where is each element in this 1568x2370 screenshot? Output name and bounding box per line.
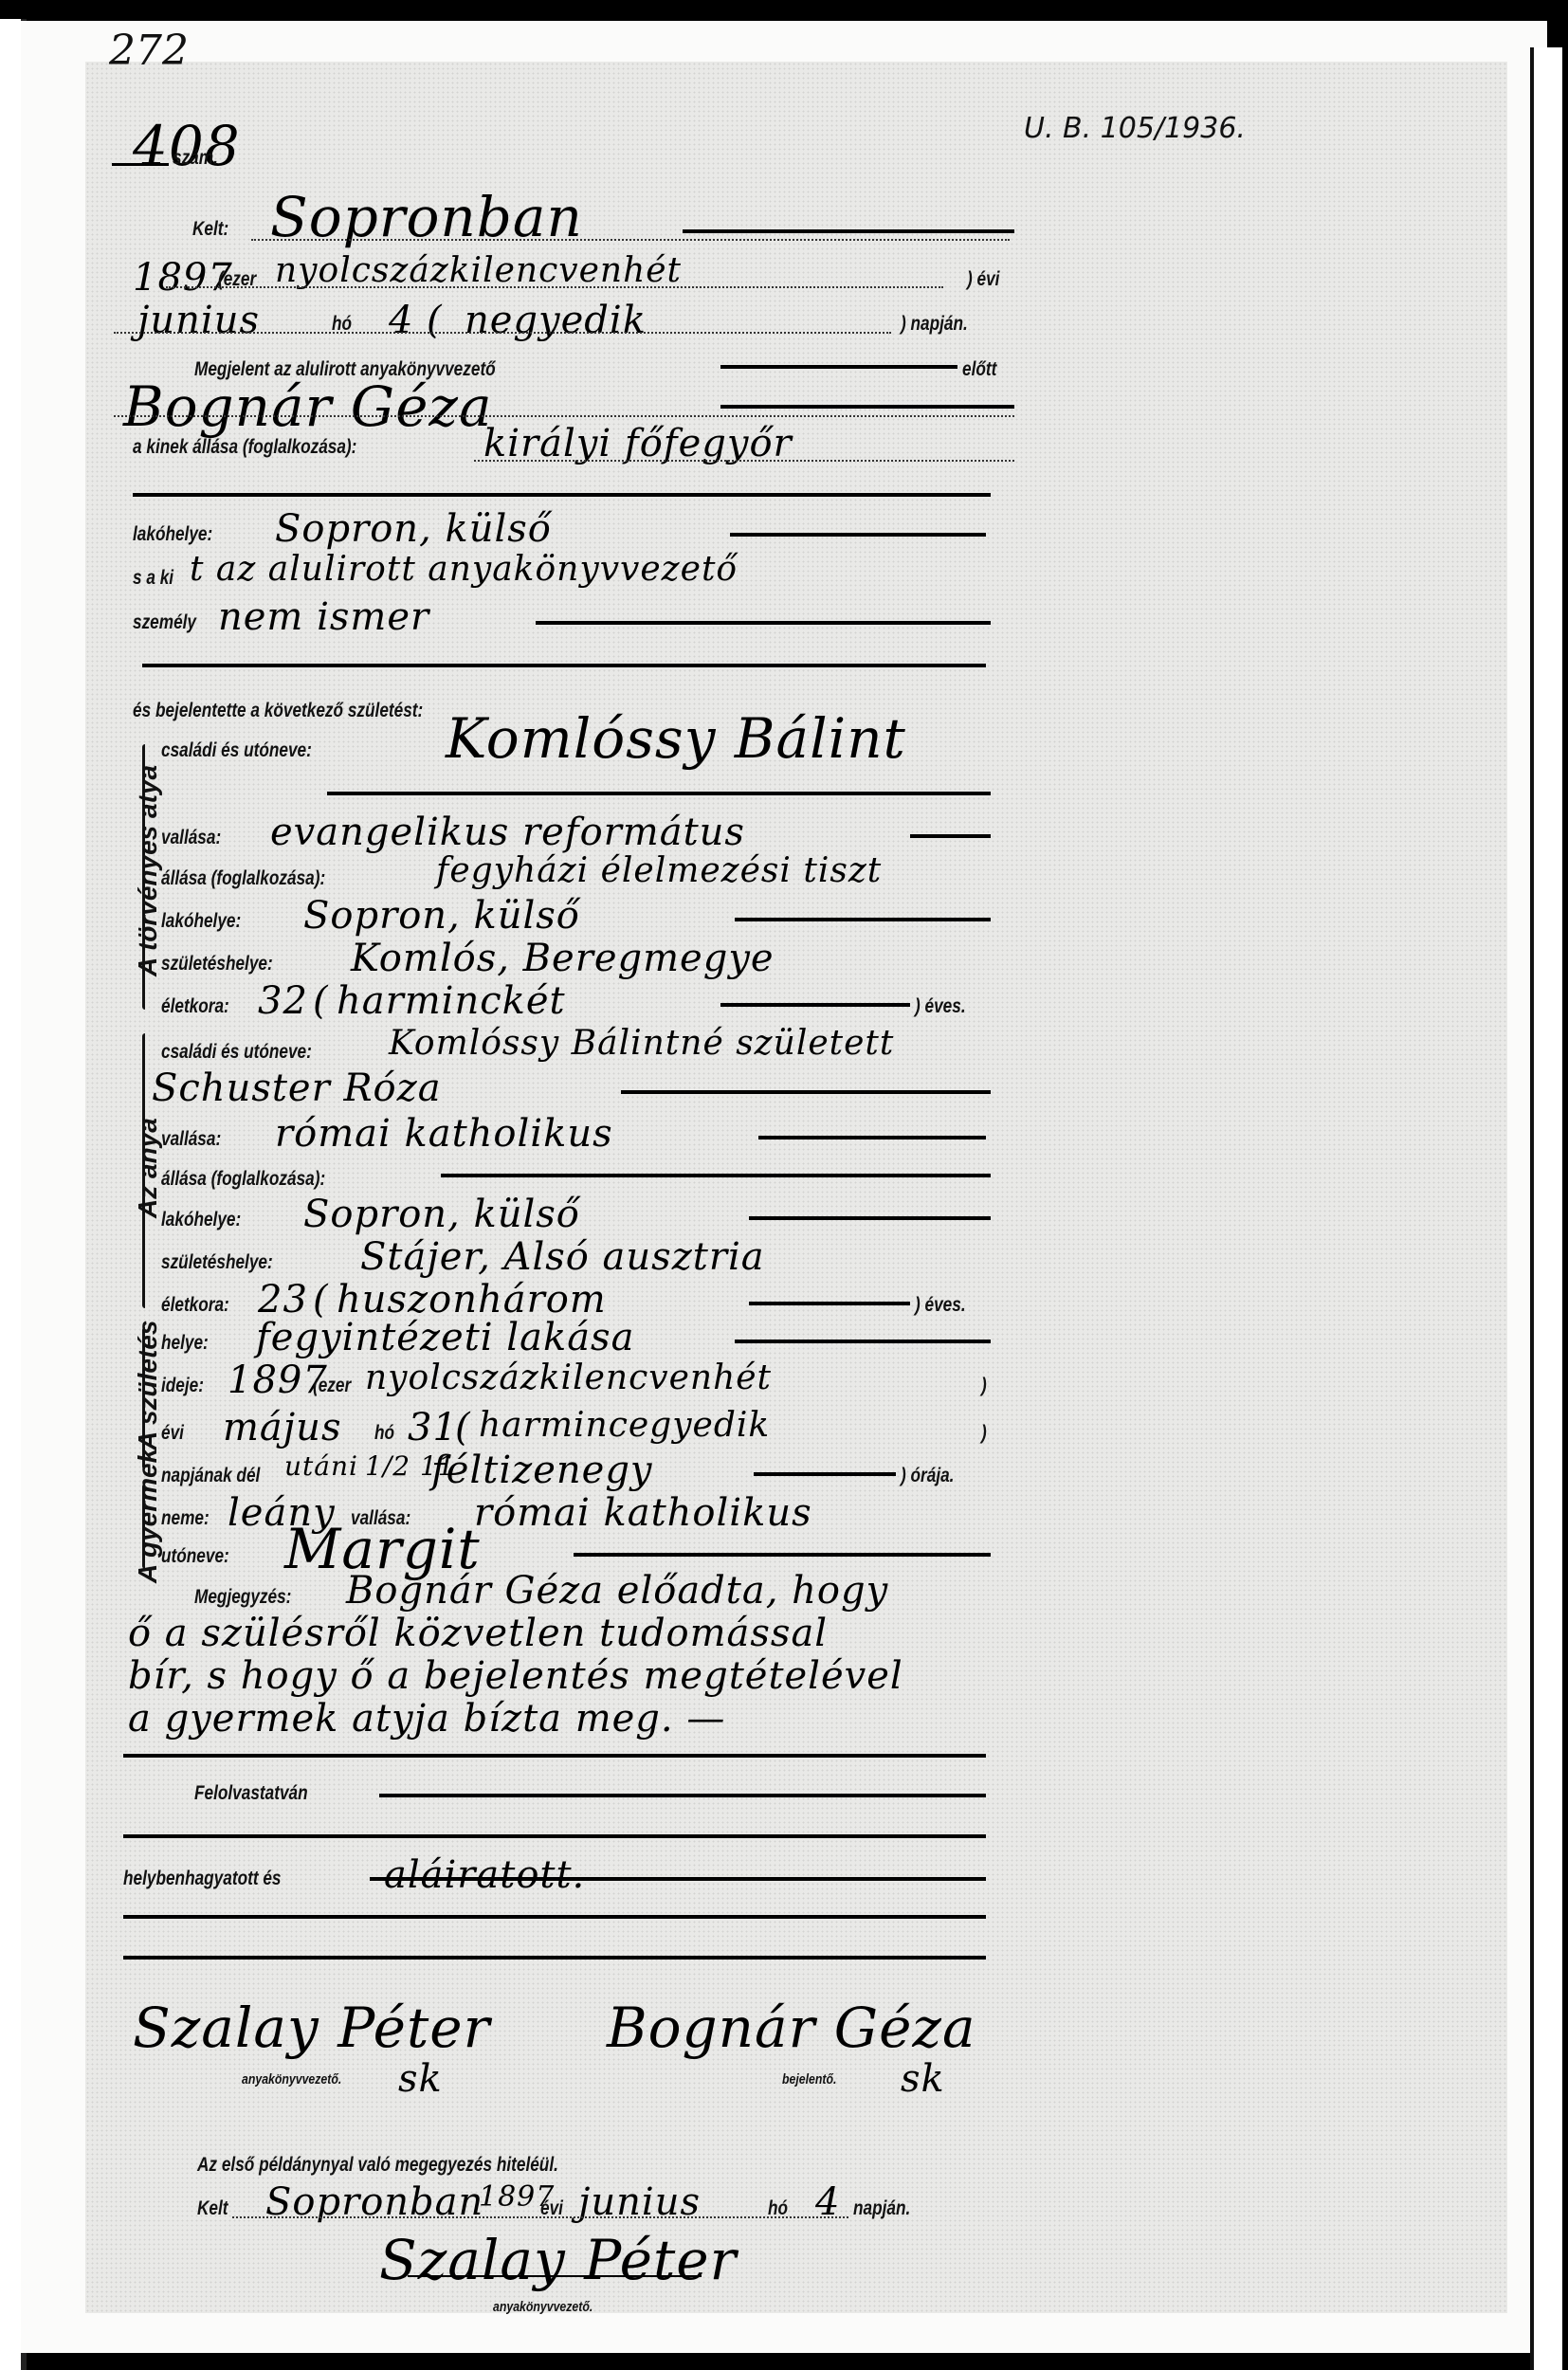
declarant-sk: sk (901, 2057, 945, 2101)
rule (327, 792, 991, 795)
birth-section-label: A születés (133, 1321, 163, 1450)
rule (142, 664, 986, 667)
birth-evi-label: évi (161, 1422, 184, 1445)
page-number: 272 (109, 27, 189, 75)
birth-day-close: ) (981, 1422, 987, 1445)
rule (720, 405, 1014, 409)
birth-napszak: utáni (284, 1450, 358, 1482)
declarant-szemely-label: személy (133, 611, 196, 634)
declarant-signature: Bognár Géza (607, 1996, 976, 2060)
cert-napjan-label: napján. (853, 2197, 910, 2220)
declarant-lakohely-label: lakóhelye: (133, 523, 212, 546)
mother-szuletes-value: Stájer, Alsó ausztria (360, 1235, 765, 1279)
rule (730, 533, 986, 537)
declarant-allas-label: a kinek állása (foglalkozása): (133, 436, 356, 459)
mother-vallas-value: római katholikus (275, 1112, 613, 1156)
mother-section-label: Az anya (133, 1118, 163, 1218)
cert-kelt-label: Kelt (197, 2197, 228, 2220)
month: junius (137, 299, 260, 342)
rule (758, 1136, 986, 1139)
father-eletkor-words: harminckét (337, 979, 566, 1023)
certification-text: Az első példánynyal való megegyezés hite… (197, 2154, 558, 2177)
rule (379, 1794, 986, 1797)
day-open-paren: ( (427, 299, 443, 342)
rule (408, 2275, 702, 2277)
bejelentette-label: és bejelentette a következő születést: (133, 700, 423, 722)
notes-line-4: a gyermek atyja bízta meg. — (128, 1697, 725, 1741)
mother-allas-label: állása (foglalkozása): (161, 1168, 325, 1191)
birth-helye-label: helye: (161, 1332, 209, 1355)
dotted-line (232, 2216, 848, 2218)
day: 4 (389, 299, 413, 342)
notes-line-3: bír, s hogy ő a bejelentés megtételével (128, 1654, 903, 1698)
declarant-label: bejelentő. (782, 2071, 836, 2087)
cert-signer-label: anyakönyvvezető. (493, 2299, 593, 2315)
birth-ideje-close: ) (981, 1375, 987, 1397)
mother-szuletes-label: születéshelye: (161, 1251, 273, 1274)
birth-day-words: harmincegyedik (479, 1406, 770, 1445)
father-szuletes-value: Komlós, Beregmegye (351, 937, 775, 980)
dotted-line (114, 332, 891, 334)
birth-month: május (223, 1406, 341, 1449)
helybenhagyatott-label: helybenhagyatott és (123, 1868, 282, 1890)
father-section-label: A törvényes atya (133, 765, 163, 976)
birth-ora-words: féltizenegy (431, 1449, 653, 1492)
registrar-sk: sk (398, 2057, 443, 2101)
evi-label: ) évi (967, 268, 999, 291)
rule (749, 1216, 991, 1220)
elott-label: előtt (962, 358, 996, 381)
rule (123, 1754, 986, 1758)
child-vallas-value: római katholikus (474, 1491, 812, 1535)
napjan-label: ) napján. (901, 313, 968, 336)
father-allas-value: fegyházi élelmezési tiszt (436, 851, 882, 890)
father-eletkor-value: 32 (258, 979, 308, 1023)
declarant-name: Bognár Géza (123, 374, 493, 439)
child-neme-label: neme: (161, 1507, 210, 1530)
helybenhagyatott-value: aláiratott. (384, 1853, 585, 1897)
rule (749, 1302, 910, 1305)
record-number-label: szám. (173, 147, 218, 170)
rule (683, 229, 1014, 233)
rule (123, 1834, 986, 1838)
felolvastatvan-label: Felolvastatván (194, 1782, 308, 1805)
rule (720, 1003, 910, 1007)
declarant-szemely-value: nem ismer (218, 595, 429, 639)
rule (574, 1553, 991, 1557)
notes-line-1: Bognár Géza előadta, hogy (346, 1569, 888, 1613)
mother-lakohely-label: lakóhelye: (161, 1209, 241, 1231)
rule (441, 1174, 991, 1177)
rule (536, 621, 991, 625)
father-name-value: Komlóssy Bálint (446, 706, 906, 771)
archive-reference: U. B. 105/1936. (1024, 112, 1246, 145)
declarant-sakit-value: t az alulirott anyakönyvvezető (190, 550, 738, 589)
dotted-line (114, 415, 1014, 417)
dotted-line (251, 239, 1010, 241)
birth-oraja-label: ) órája. (901, 1465, 954, 1487)
rule (123, 1915, 986, 1919)
registrar-signature: Szalay Péter (133, 1996, 490, 2060)
mother-name-label: családi és utóneve: (161, 1041, 312, 1064)
father-name-label: családi és utóneve: (161, 739, 312, 762)
mother-vallas-label: vallása: (161, 1128, 221, 1151)
father-eletkor-label: életkora: (161, 995, 229, 1018)
father-vallas-label: vallása: (161, 827, 221, 849)
mother-name-value: Komlóssy Bálintné született (389, 1024, 894, 1063)
declarant-sakit-label: s a ki (133, 567, 173, 590)
father-lakohely-label: lakóhelye: (161, 910, 241, 933)
dotted-line (166, 286, 943, 288)
rule (123, 1956, 986, 1960)
child-section-label: A gyermek (133, 1449, 163, 1583)
father-allas-label: állása (foglalkozása): (161, 867, 325, 890)
rule (735, 1340, 991, 1343)
mother-name-value2: Schuster Róza (152, 1066, 442, 1110)
rule (720, 365, 957, 369)
birth-ideje-ezer: (ezer (313, 1375, 351, 1397)
year-words: nyolcszázkilencvenhét (275, 251, 682, 290)
father-lakohely-value: Sopron, külső (303, 894, 580, 938)
rule (112, 163, 169, 166)
mother-eletkor-label: életkora: (161, 1294, 229, 1317)
rule (370, 1877, 986, 1881)
rule (735, 918, 991, 921)
mother-eves-label: ) éves. (915, 1294, 966, 1317)
rule (133, 493, 991, 497)
father-szuletes-label: születéshelye: (161, 953, 273, 975)
father-eletkor-paren: ( (313, 979, 329, 1023)
registrar-label: anyakönyvvezető. (242, 2071, 341, 2087)
child-utoneve-label: utóneve: (161, 1545, 229, 1568)
cert-signature: Szalay Péter (379, 2228, 737, 2292)
birth-ideje-label: ideje: (161, 1375, 204, 1397)
birth-day-paren: ( (455, 1406, 471, 1449)
father-eves-label: ) éves. (915, 995, 966, 1018)
rule (754, 1472, 896, 1476)
notes-line-2: ő a szülésről közvetlen tudomással (128, 1612, 828, 1655)
birth-ideje-words: nyolcszázkilencvenhét (365, 1358, 772, 1397)
rule (621, 1090, 991, 1094)
kelt-label: Kelt: (192, 218, 228, 241)
declarant-lakohely-value: Sopron, külső (275, 507, 552, 551)
book-right-edge (1530, 47, 1562, 2370)
notes-label: Megjegyzés: (194, 1586, 291, 1609)
birth-napjanak-label: napjának dél (161, 1465, 260, 1487)
mother-lakohely-value: Sopron, külső (303, 1193, 580, 1236)
rule (910, 834, 991, 838)
day-words: negyedik (465, 299, 647, 342)
father-vallas-value: evangelikus református (270, 811, 745, 854)
birth-ho-label: hó (374, 1422, 394, 1445)
birth-helye-value: fegyintézeti lakása (256, 1316, 634, 1359)
birth-day: 31 (408, 1406, 458, 1449)
dotted-line (474, 460, 1014, 462)
